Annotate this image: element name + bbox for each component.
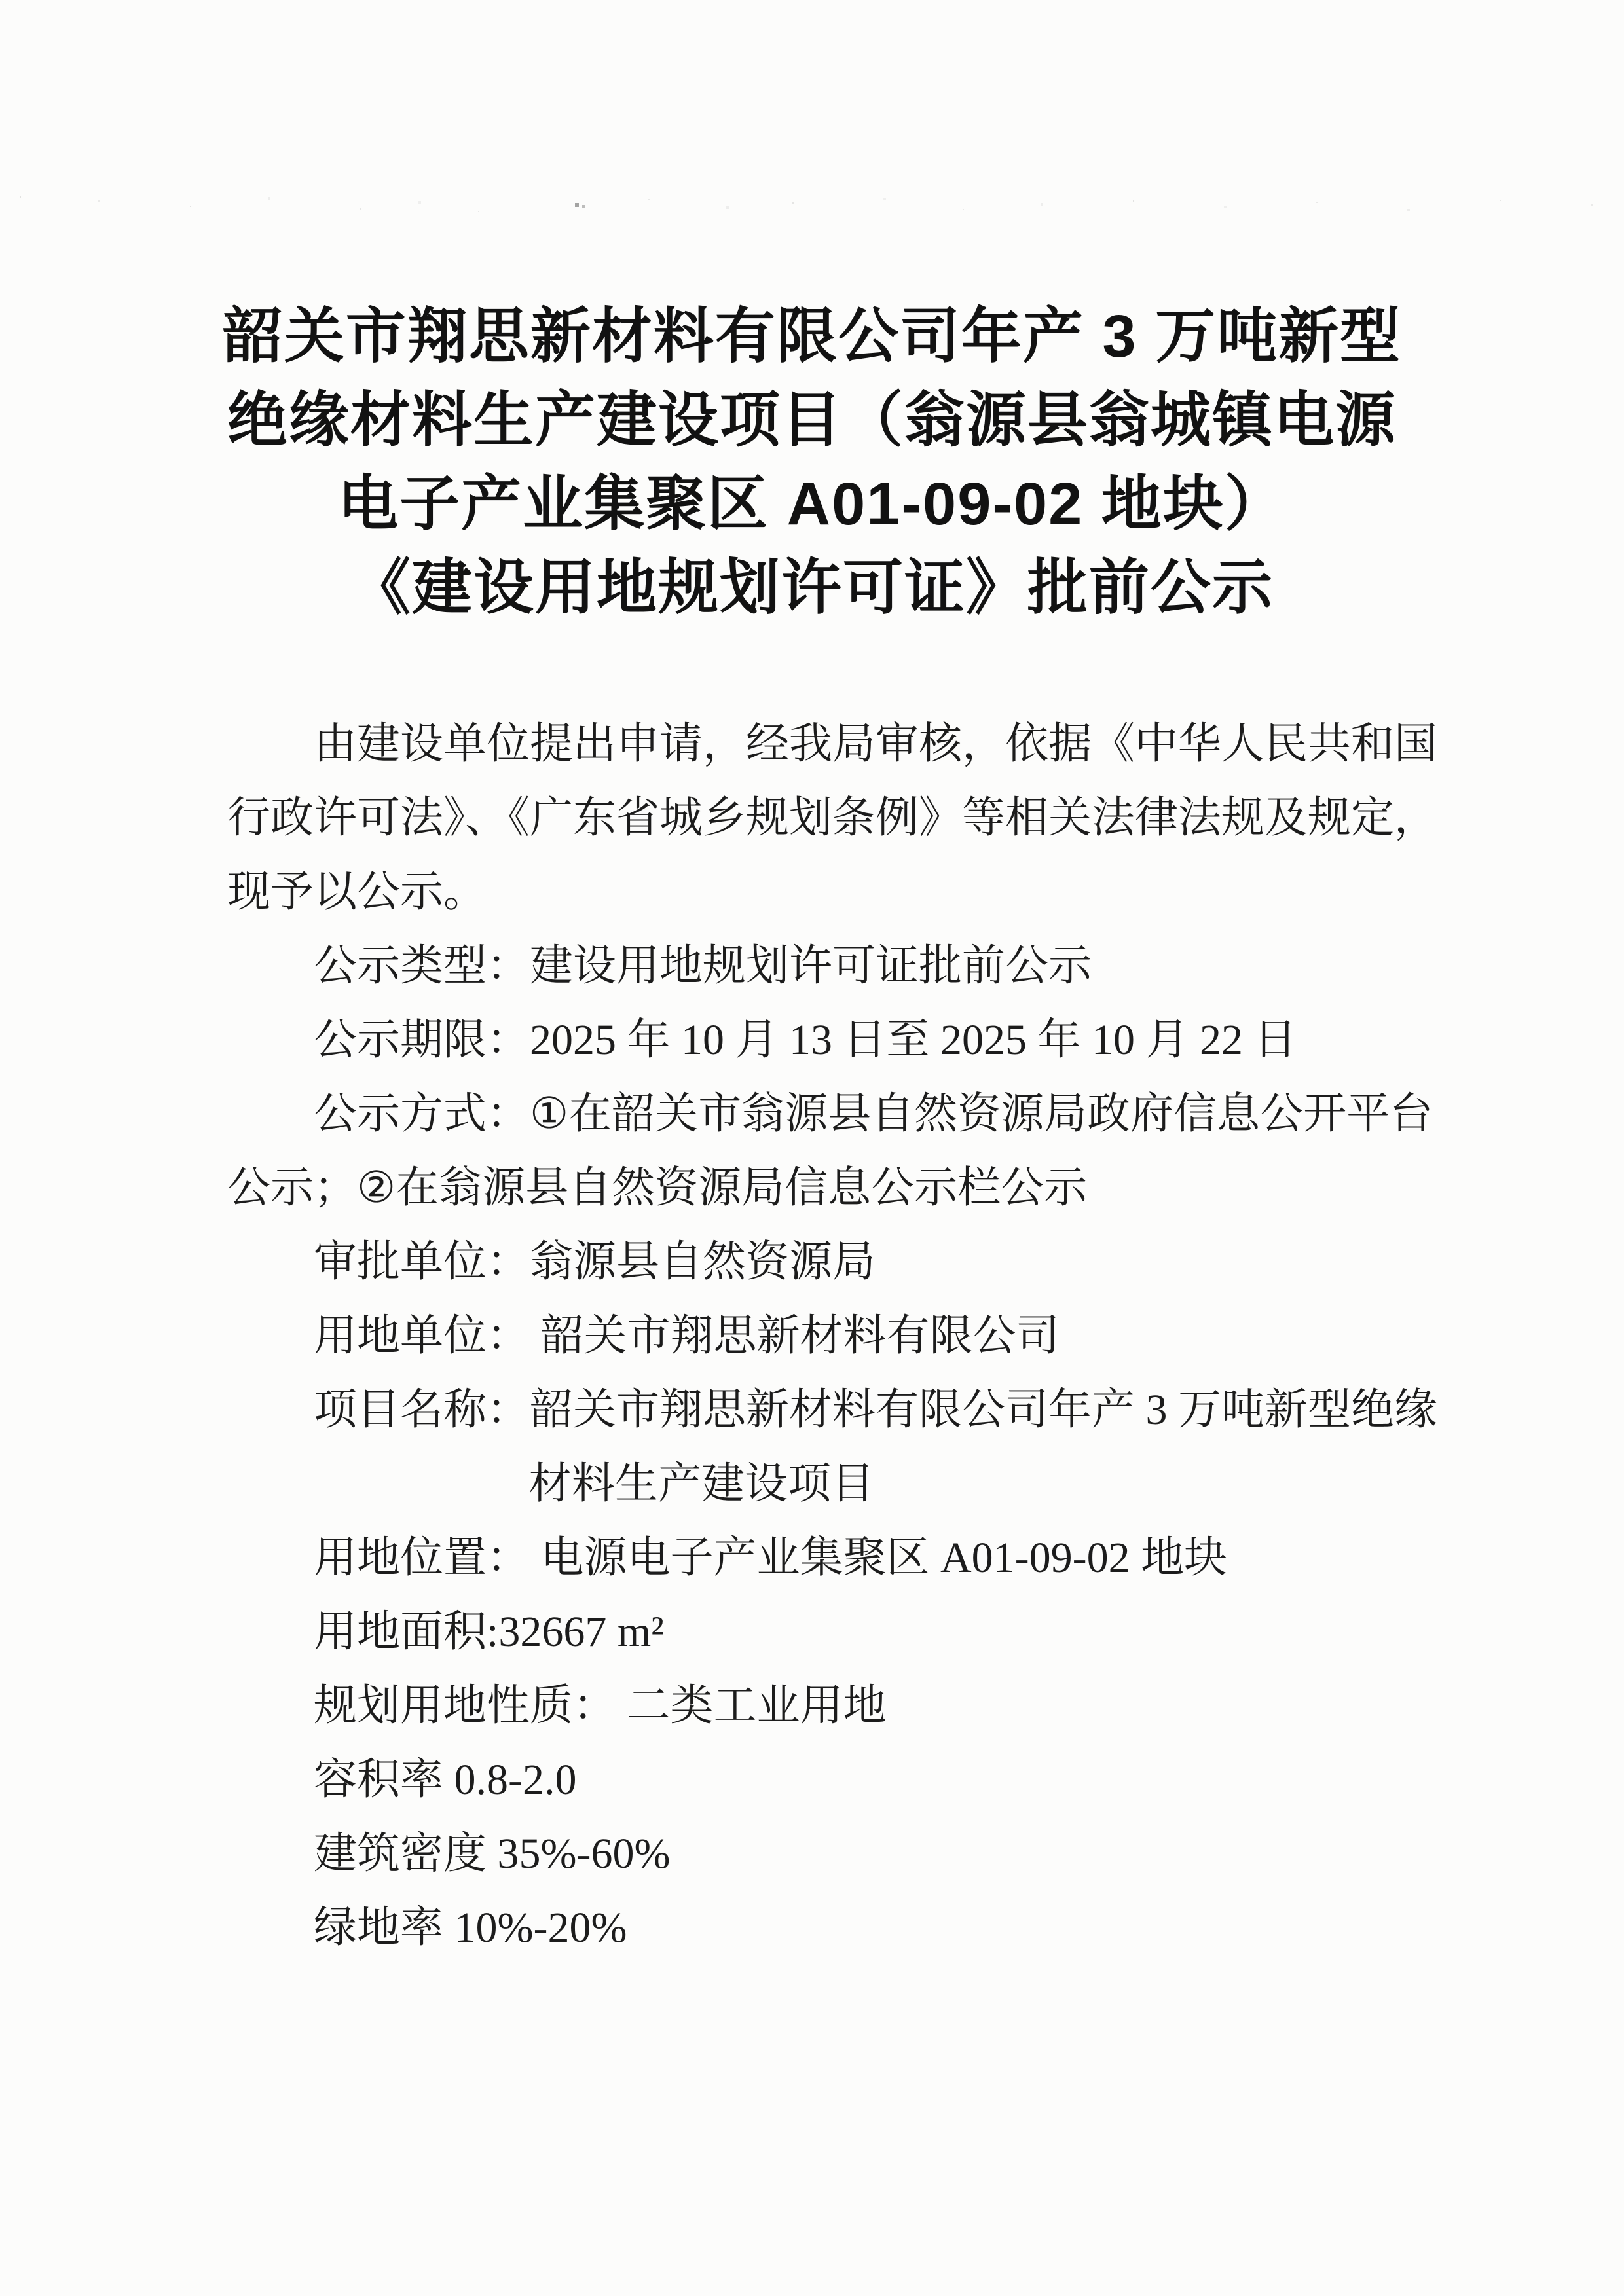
title-line-4: 《建设用地规划许可证》批前公示 — [0, 546, 1624, 630]
title-line-1: 韶关市翔思新材料有限公司年产 3 万吨新型 — [0, 295, 1624, 378]
land-use-type: 规划用地性质： 二类工业用地 — [227, 1669, 1458, 1743]
document-title: 韶关市翔思新材料有限公司年产 3 万吨新型 绝缘材料生产建设项目（翁源县翁城镇电… — [0, 295, 1624, 630]
plot-ratio: 容积率 0.8-2.0 — [227, 1743, 1458, 1817]
intro-line-2: 行政许可法》、《广东省城乡规划条例》等相关法律法规及规定， — [227, 781, 1458, 855]
land-location: 用地位置： 电源电子产业集聚区 A01-09-02 地块 — [227, 1521, 1458, 1595]
project-name-2: 材料生产建设项目 — [227, 1447, 1458, 1521]
project-name-1: 项目名称：韶关市翔思新材料有限公司年产 3 万吨新型绝缘 — [227, 1373, 1458, 1447]
notice-period: 公示期限：2025 年 10 月 13 日至 2025 年 10 月 22 日 — [227, 1003, 1458, 1077]
scan-noise — [20, 196, 21, 198]
land-area: 用地面积:32667 m² — [227, 1595, 1458, 1669]
title-line-2: 绝缘材料生产建设项目（翁源县翁城镇电源 — [0, 378, 1624, 462]
notice-method-1: 公示方式：①在韶关市翁源县自然资源局政府信息公开平台 — [227, 1077, 1458, 1151]
intro-line-1: 由建设单位提出申请，经我局审核，依据《中华人民共和国 — [227, 707, 1458, 781]
intro-line-3: 现予以公示。 — [227, 855, 1458, 929]
notice-method-2: 公示；②在翁源县自然资源局信息公示栏公示 — [227, 1151, 1458, 1225]
notice-type: 公示类型：建设用地规划许可证批前公示 — [227, 929, 1458, 1003]
document-body: 由建设单位提出申请，经我局审核，依据《中华人民共和国 行政许可法》、《广东省城乡… — [227, 707, 1458, 1965]
land-user: 用地单位： 韶关市翔思新材料有限公司 — [227, 1299, 1458, 1373]
green-ratio: 绿地率 10%-20% — [227, 1891, 1458, 1965]
scanned-notice-page: 韶关市翔思新材料有限公司年产 3 万吨新型 绝缘材料生产建设项目（翁源县翁城镇电… — [0, 0, 1624, 2296]
building-density: 建筑密度 35%-60% — [227, 1817, 1458, 1891]
approval-authority: 审批单位：翁源县自然资源局 — [227, 1225, 1458, 1299]
title-line-3: 电子产业集聚区 A01-09-02 地块） — [0, 462, 1624, 546]
